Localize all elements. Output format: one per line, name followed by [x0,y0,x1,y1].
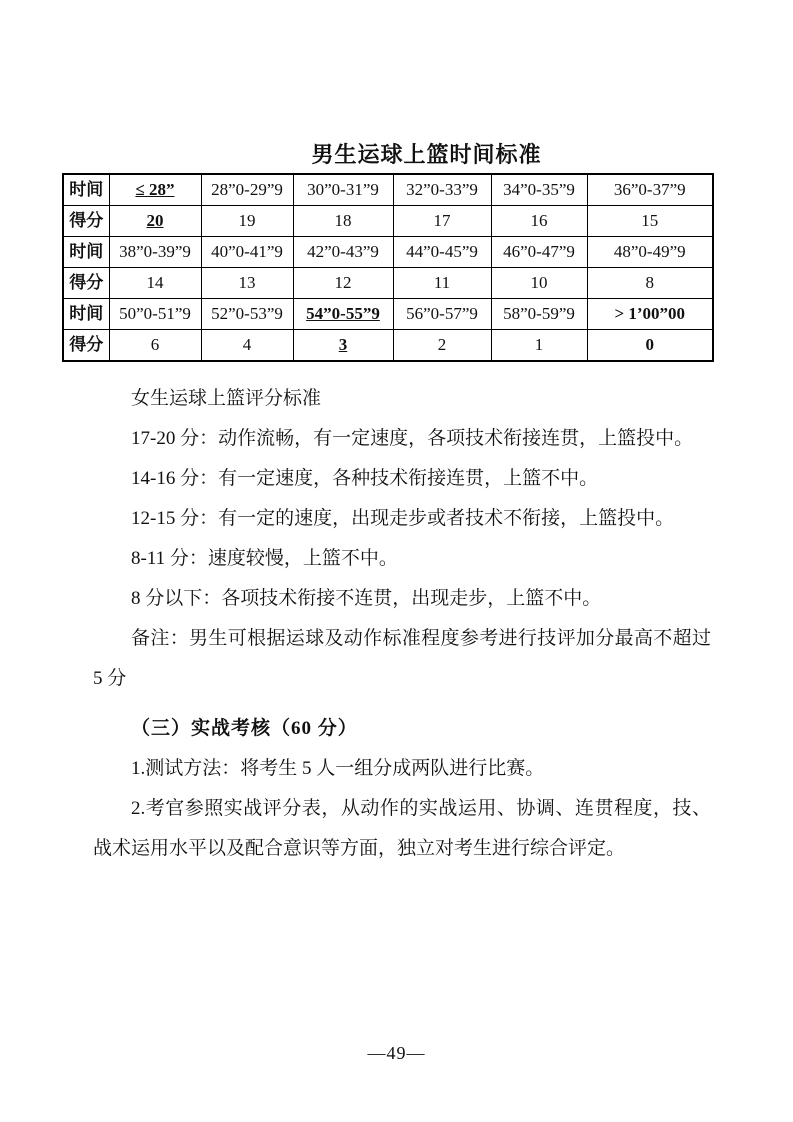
table-cell: 15 [587,206,713,237]
table-cell: 3 [293,330,393,362]
row-header-time: 时间 [63,299,109,330]
table-cell: 11 [393,268,491,299]
page-number: —49— [0,1043,793,1064]
table-row-score-3: 得分 6 4 3 2 1 0 [63,330,713,362]
row-header-score: 得分 [63,330,109,362]
row-header-score: 得分 [63,268,109,299]
paragraph-remark: 备注：男生可根据运球及动作标准程度参考进行技评加分最高不超过 5 分 [93,619,711,699]
table-cell: 10 [491,268,587,299]
paragraph-test-method: 1.测试方法：将考生 5 人一组分成两队进行比赛。 [93,749,711,789]
table-cell: 20 [109,206,201,237]
table-cell: 19 [201,206,293,237]
row-header-time: 时间 [63,237,109,268]
table-row-time-1: 时间 ≤ 28” 28”0-29”9 30”0-31”9 32”0-33”9 3… [63,174,713,206]
table-cell: ≤ 28” [109,174,201,206]
table-row-score-2: 得分 14 13 12 11 10 8 [63,268,713,299]
table-cell: 48”0-49”9 [587,237,713,268]
table-row-time-3: 时间 50”0-51”9 52”0-53”9 54”0-55”9 56”0-57… [63,299,713,330]
table-cell: 0 [587,330,713,362]
paragraph-score-below-8: 8 分以下：各项技术衔接不连贯，出现走步，上篮不中。 [93,579,711,619]
table-cell: > 1’00”00 [587,299,713,330]
table-row-time-2: 时间 38”0-39”9 40”0-41”9 42”0-43”9 44”0-45… [63,237,713,268]
table-cell: 28”0-29”9 [201,174,293,206]
paragraph-score-12-15: 12-15 分：有一定的速度，出现走步或者技术不衔接，上篮投中。 [93,499,711,539]
table-cell: 54”0-55”9 [293,299,393,330]
row-header-time: 时间 [63,174,109,206]
paragraph-female-standard-title: 女生运球上篮评分标准 [93,379,711,419]
table-cell: 52”0-53”9 [201,299,293,330]
table-cell: 18 [293,206,393,237]
table-cell: 38”0-39”9 [109,237,201,268]
document-page: 男生运球上篮时间标准 时间 ≤ 28” 28”0-29”9 30”0-31”9 … [0,0,793,1122]
table-cell: 42”0-43”9 [293,237,393,268]
table-title: 男生运球上篮时间标准 [0,141,793,169]
table-cell: 34”0-35”9 [491,174,587,206]
table-cell: 13 [201,268,293,299]
table-cell: 17 [393,206,491,237]
table-cell: 56”0-57”9 [393,299,491,330]
score-table: 时间 ≤ 28” 28”0-29”9 30”0-31”9 32”0-33”9 3… [62,173,714,362]
body-text: 女生运球上篮评分标准 17-20 分：动作流畅，有一定速度，各项技术衔接连贯，上… [93,379,711,869]
row-header-score: 得分 [63,206,109,237]
table-cell: 32”0-33”9 [393,174,491,206]
table-cell: 44”0-45”9 [393,237,491,268]
paragraph-score-17-20: 17-20 分：动作流畅，有一定速度，各项技术衔接连贯，上篮投中。 [93,419,711,459]
table-cell: 58”0-59”9 [491,299,587,330]
table-cell: 4 [201,330,293,362]
table-row-score-1: 得分 20 19 18 17 16 15 [63,206,713,237]
table-cell: 12 [293,268,393,299]
table-cell: 16 [491,206,587,237]
table-cell: 46”0-47”9 [491,237,587,268]
table-cell: 30”0-31”9 [293,174,393,206]
table-cell: 6 [109,330,201,362]
paragraph-score-14-16: 14-16 分：有一定速度，各种技术衔接连贯，上篮不中。 [93,459,711,499]
table-cell: 1 [491,330,587,362]
table-cell: 2 [393,330,491,362]
table-cell: 36”0-37”9 [587,174,713,206]
section-heading-practical-test: （三）实战考核（60 分） [93,709,711,749]
paragraph-examiner-scoring: 2.考官参照实战评分表，从动作的实战运用、协调、连贯程度，技、战术运用水平以及配… [93,789,711,869]
paragraph-score-8-11: 8-11 分：速度较慢，上篮不中。 [93,539,711,579]
table-cell: 50”0-51”9 [109,299,201,330]
table-cell: 40”0-41”9 [201,237,293,268]
table-cell: 14 [109,268,201,299]
table-cell: 8 [587,268,713,299]
